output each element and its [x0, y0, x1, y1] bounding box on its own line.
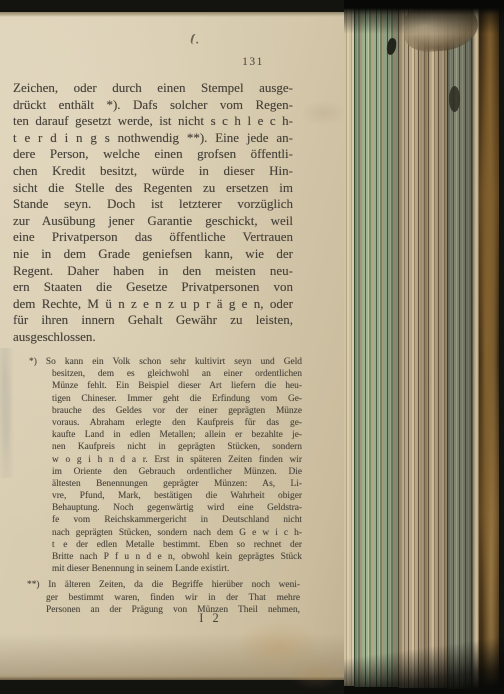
edge-dark-notch: [449, 86, 460, 112]
text-line: Stande seyn. Doch ist letzterer vorzügli…: [13, 196, 293, 213]
fore-edge-current-page: [344, 8, 354, 686]
book-cover-edge: [479, 0, 499, 694]
text-line: ten darauf gesetzt werde, ist nicht s c …: [13, 113, 293, 130]
text-line: nach geprägten Stücken, sondern nach dem…: [52, 527, 302, 539]
text-line: dere Person, welche einen grofsen öffent…: [13, 146, 293, 163]
text-line: eine Privatperson das öffentliche Vertra…: [13, 229, 293, 246]
text-line: im Oriente den Gebrauch ordentlicher Mün…: [52, 466, 302, 478]
book-photo: 131 Zeichen, oder durch einen Stempel au…: [0, 0, 504, 694]
text-line: Britte nach P f u n d e n, obwohl kein g…: [52, 551, 302, 563]
top-shadow: [344, 0, 504, 34]
text-line: Personen an der Prägung von Münzen Theil…: [46, 604, 300, 617]
text-line: nen Kaufpreis nicht in geprägten Stücken…: [52, 441, 302, 453]
text-line: kaufte Land in edlen Metallen; allein er…: [52, 429, 302, 441]
text-line: brauche des Geldes vor der einer geprägt…: [52, 405, 302, 417]
text-line: für ihren innern Gehalt Gewähr zu leiste…: [13, 312, 293, 329]
ink-smudge: [190, 33, 202, 46]
footnote-2: **) In älteren Zeiten, da die Begriffe h…: [46, 579, 300, 617]
text-line: zur Ausübung jener Garantie geschickt, w…: [13, 213, 293, 230]
paper-stain: [300, 100, 348, 126]
text-line: voraus. Abraham erlegte den Kaufpreis fü…: [52, 417, 302, 429]
footnote-1: *) So kann ein Volk schon sehr kultivirt…: [52, 356, 302, 575]
text-line: dem Rechte, M ü n z e n z u p r ä g e n,…: [13, 296, 293, 313]
text-line: mit dieser Benennung in seinem Lande exi…: [52, 563, 302, 575]
text-line: t e der edlen Metalle bestimmt. Eben so …: [52, 539, 302, 551]
text-line: ältesten Benennungen geprägter Münzen: A…: [52, 478, 302, 490]
fore-edge-tan-pages: [398, 5, 447, 688]
text-line: ger bestimmt waren, finden wir in der Th…: [46, 592, 300, 605]
text-line: chen Kredit besitzt, würde in dieser Hin…: [13, 163, 293, 180]
page-bottom-edge: [0, 674, 354, 680]
page-top-edge: [0, 12, 354, 17]
text-line: fe vom Reichskammergericht in Deutschlan…: [52, 514, 302, 526]
text-line: w o g i h n d a r. Erst in späteren Zeit…: [52, 454, 302, 466]
text-line: Zeichen, oder durch einen Stempel ausge-: [13, 80, 293, 97]
text-line: **) In älteren Zeiten, da die Begriffe h…: [27, 579, 300, 592]
margin-smudge: [0, 348, 16, 478]
text-line: sicht die Stelle des Regenten zu ersetze…: [13, 180, 293, 197]
page-number: 131: [236, 56, 270, 68]
text-line: besitzen, dem es gleichwohl an einer ord…: [52, 368, 302, 380]
text-line: Behauptung. Noch gegenwärtig wird eine G…: [52, 502, 302, 514]
text-line: tigen Chineser. Immer geht die Erfindung…: [52, 393, 302, 405]
text-line: nie in dem Grade geniefsen kann, wie der: [13, 246, 293, 263]
text-line: Regent. Daher haben in den meisten neu-: [13, 263, 293, 280]
text-line: ausgeschlossen.: [13, 329, 293, 346]
text-line: drückt enthält *). Dafs solcher vom Rege…: [13, 97, 293, 114]
bottom-shadow: [344, 636, 504, 694]
text-line: t e r d i n g s nothwendig **). Eine jed…: [13, 130, 293, 147]
body-text: Zeichen, oder durch einen Stempel ausge-…: [13, 80, 293, 346]
paper-stain: [236, 620, 320, 672]
signature-mark: I 2: [184, 611, 234, 626]
text-line: *) So kann ein Volk schon sehr kultivirt…: [29, 356, 302, 368]
text-line: ern Staaten die Gesetze Privatpersonen v…: [13, 279, 293, 296]
fore-edge-green-pages: [354, 6, 398, 687]
text-line: Münze fehlt. Ein Beispiel dieser Art lie…: [52, 380, 302, 392]
text-line: vre, Pfund, Mark, bestätigen die Wahrhei…: [52, 490, 302, 502]
